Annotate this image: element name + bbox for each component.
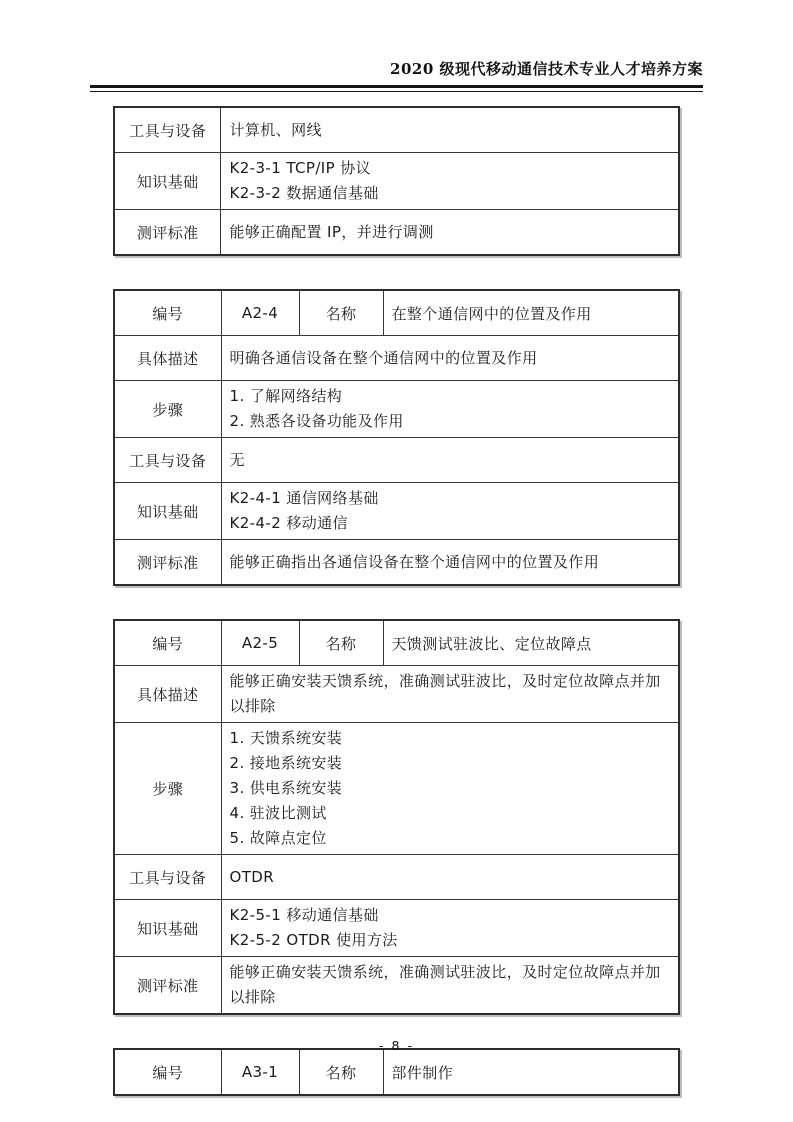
- field-value-cell: 1. 天馈系统安装2. 接地系统安装3. 供电系统安装4. 驻波比测试5. 故障…: [221, 723, 679, 855]
- table-row: 编号A2-4名称在整个通信网中的位置及作用: [114, 290, 679, 336]
- table-row: 编号A3-1名称部件制作: [114, 1049, 679, 1095]
- task-name-cell: 天馈测试驻波比、定位故障点: [383, 620, 679, 666]
- name-label-cell: 名称: [299, 1049, 383, 1095]
- field-label-cell: 编号: [114, 1049, 221, 1095]
- table-row: 知识基础K2-3-1 TCP/IP 协议K2-3-2 数据通信基础: [114, 153, 679, 210]
- name-label-cell: 名称: [299, 290, 383, 336]
- task-code-cell: A2-4: [221, 290, 299, 336]
- value-line: K2-3-1 TCP/IP 协议: [229, 156, 670, 181]
- field-value-cell: OTDR: [221, 855, 679, 900]
- value-line: 2. 接地系统安装: [230, 751, 671, 776]
- value-line: 无: [230, 448, 671, 473]
- table-row: 工具与设备计算机、网线: [114, 107, 679, 153]
- page-number: - 8 -: [379, 1038, 414, 1053]
- table-row: 编号A2-5名称天馈测试驻波比、定位故障点: [114, 620, 679, 666]
- field-label-cell: 编号: [114, 290, 221, 336]
- value-line: K2-3-2 数据通信基础: [229, 181, 670, 206]
- field-label-cell: 测评标准: [114, 540, 221, 586]
- value-line: K2-5-1 移动通信基础: [230, 903, 671, 928]
- task-table-3: 编号A2-5名称天馈测试驻波比、定位故障点具体描述能够正确安装天馈系统，准确测试…: [113, 619, 680, 1015]
- value-line: 能够正确指出各通信设备在整个通信网中的位置及作用: [230, 550, 671, 575]
- field-label-cell: 工具与设备: [114, 855, 221, 900]
- value-line: OTDR: [230, 865, 671, 890]
- field-value-cell: 1. 了解网络结构2. 熟悉各设备功能及作用: [221, 381, 679, 438]
- field-value-cell: 能够正确指出各通信设备在整个通信网中的位置及作用: [221, 540, 679, 586]
- table-row: 测评标准能够正确指出各通信设备在整个通信网中的位置及作用: [114, 540, 679, 586]
- field-label-cell: 具体描述: [114, 336, 221, 381]
- document-page: 2020 级现代移动通信技术专业人才培养方案 工具与设备计算机、网线知识基础K2…: [0, 0, 793, 1122]
- field-value-cell: 无: [221, 438, 679, 483]
- table-row: 知识基础K2-5-1 移动通信基础K2-5-2 OTDR 使用方法: [114, 900, 679, 957]
- value-line: K2-4-2 移动通信: [230, 511, 671, 536]
- value-line: 明确各通信设备在整个通信网中的位置及作用: [230, 346, 671, 371]
- value-line: K2-5-2 OTDR 使用方法: [230, 928, 671, 953]
- field-value-cell: 能够正确安装天馈系统，准确测试驻波比，及时定位故障点并加以排除: [221, 666, 679, 723]
- value-line: 4. 驻波比测试: [230, 801, 671, 826]
- task-name-cell: 在整个通信网中的位置及作用: [383, 290, 679, 336]
- value-line: K2-4-1 通信网络基础: [230, 486, 671, 511]
- field-label-cell: 步骤: [114, 381, 221, 438]
- field-label-cell: 工具与设备: [114, 438, 221, 483]
- table-row: 步骤1. 天馈系统安装2. 接地系统安装3. 供电系统安装4. 驻波比测试5. …: [114, 723, 679, 855]
- value-line: 2. 熟悉各设备功能及作用: [230, 409, 671, 434]
- field-label-cell: 工具与设备: [114, 107, 221, 153]
- field-value-cell: K2-4-1 通信网络基础K2-4-2 移动通信: [221, 483, 679, 540]
- field-value-cell: K2-5-1 移动通信基础K2-5-2 OTDR 使用方法: [221, 900, 679, 957]
- page-header: 2020 级现代移动通信技术专业人才培养方案: [90, 58, 703, 92]
- table-row: 步骤1. 了解网络结构2. 熟悉各设备功能及作用: [114, 381, 679, 438]
- name-label-cell: 名称: [299, 620, 383, 666]
- value-line: 1. 了解网络结构: [230, 384, 671, 409]
- value-line: 3. 供电系统安装: [230, 776, 671, 801]
- table-row: 工具与设备OTDR: [114, 855, 679, 900]
- header-title: 2020 级现代移动通信技术专业人才培养方案: [90, 58, 703, 80]
- header-double-rule: [90, 85, 703, 92]
- table-row: 工具与设备无: [114, 438, 679, 483]
- field-value-cell: 明确各通信设备在整个通信网中的位置及作用: [221, 336, 679, 381]
- value-line: 计算机、网线: [229, 118, 670, 143]
- field-value-cell: 能够正确配置 IP，并进行调测: [221, 210, 679, 256]
- field-label-cell: 测评标准: [114, 957, 221, 1015]
- table-row: 具体描述能够正确安装天馈系统，准确测试驻波比，及时定位故障点并加以排除: [114, 666, 679, 723]
- field-label-cell: 具体描述: [114, 666, 221, 723]
- field-label-cell: 知识基础: [114, 483, 221, 540]
- tables-area: 工具与设备计算机、网线知识基础K2-3-1 TCP/IP 协议K2-3-2 数据…: [90, 92, 703, 1096]
- task-table-4: 编号A3-1名称部件制作: [113, 1048, 680, 1096]
- value-line: 能够正确安装天馈系统，准确测试驻波比，及时定位故障点并加以排除: [230, 960, 671, 1010]
- task-name-cell: 部件制作: [383, 1049, 679, 1095]
- field-value-cell: 计算机、网线: [221, 107, 679, 153]
- table-row: 具体描述明确各通信设备在整个通信网中的位置及作用: [114, 336, 679, 381]
- task-table-1: 工具与设备计算机、网线知识基础K2-3-1 TCP/IP 协议K2-3-2 数据…: [113, 106, 680, 256]
- page-footer: - 8 -: [0, 1038, 793, 1053]
- field-label-cell: 知识基础: [114, 900, 221, 957]
- field-label-cell: 测评标准: [114, 210, 221, 256]
- table-row: 测评标准能够正确配置 IP，并进行调测: [114, 210, 679, 256]
- field-label-cell: 编号: [114, 620, 221, 666]
- value-line: 1. 天馈系统安装: [230, 726, 671, 751]
- task-code-cell: A2-5: [221, 620, 299, 666]
- field-value-cell: 能够正确安装天馈系统，准确测试驻波比，及时定位故障点并加以排除: [221, 957, 679, 1015]
- value-line: 能够正确安装天馈系统，准确测试驻波比，及时定位故障点并加以排除: [230, 669, 671, 719]
- task-table-2: 编号A2-4名称在整个通信网中的位置及作用具体描述明确各通信设备在整个通信网中的…: [113, 289, 680, 586]
- value-line: 能够正确配置 IP，并进行调测: [229, 220, 670, 245]
- field-label-cell: 知识基础: [114, 153, 221, 210]
- task-code-cell: A3-1: [221, 1049, 299, 1095]
- table-row: 知识基础K2-4-1 通信网络基础K2-4-2 移动通信: [114, 483, 679, 540]
- field-value-cell: K2-3-1 TCP/IP 协议K2-3-2 数据通信基础: [221, 153, 679, 210]
- value-line: 5. 故障点定位: [230, 826, 671, 851]
- table-row: 测评标准能够正确安装天馈系统，准确测试驻波比，及时定位故障点并加以排除: [114, 957, 679, 1015]
- field-label-cell: 步骤: [114, 723, 221, 855]
